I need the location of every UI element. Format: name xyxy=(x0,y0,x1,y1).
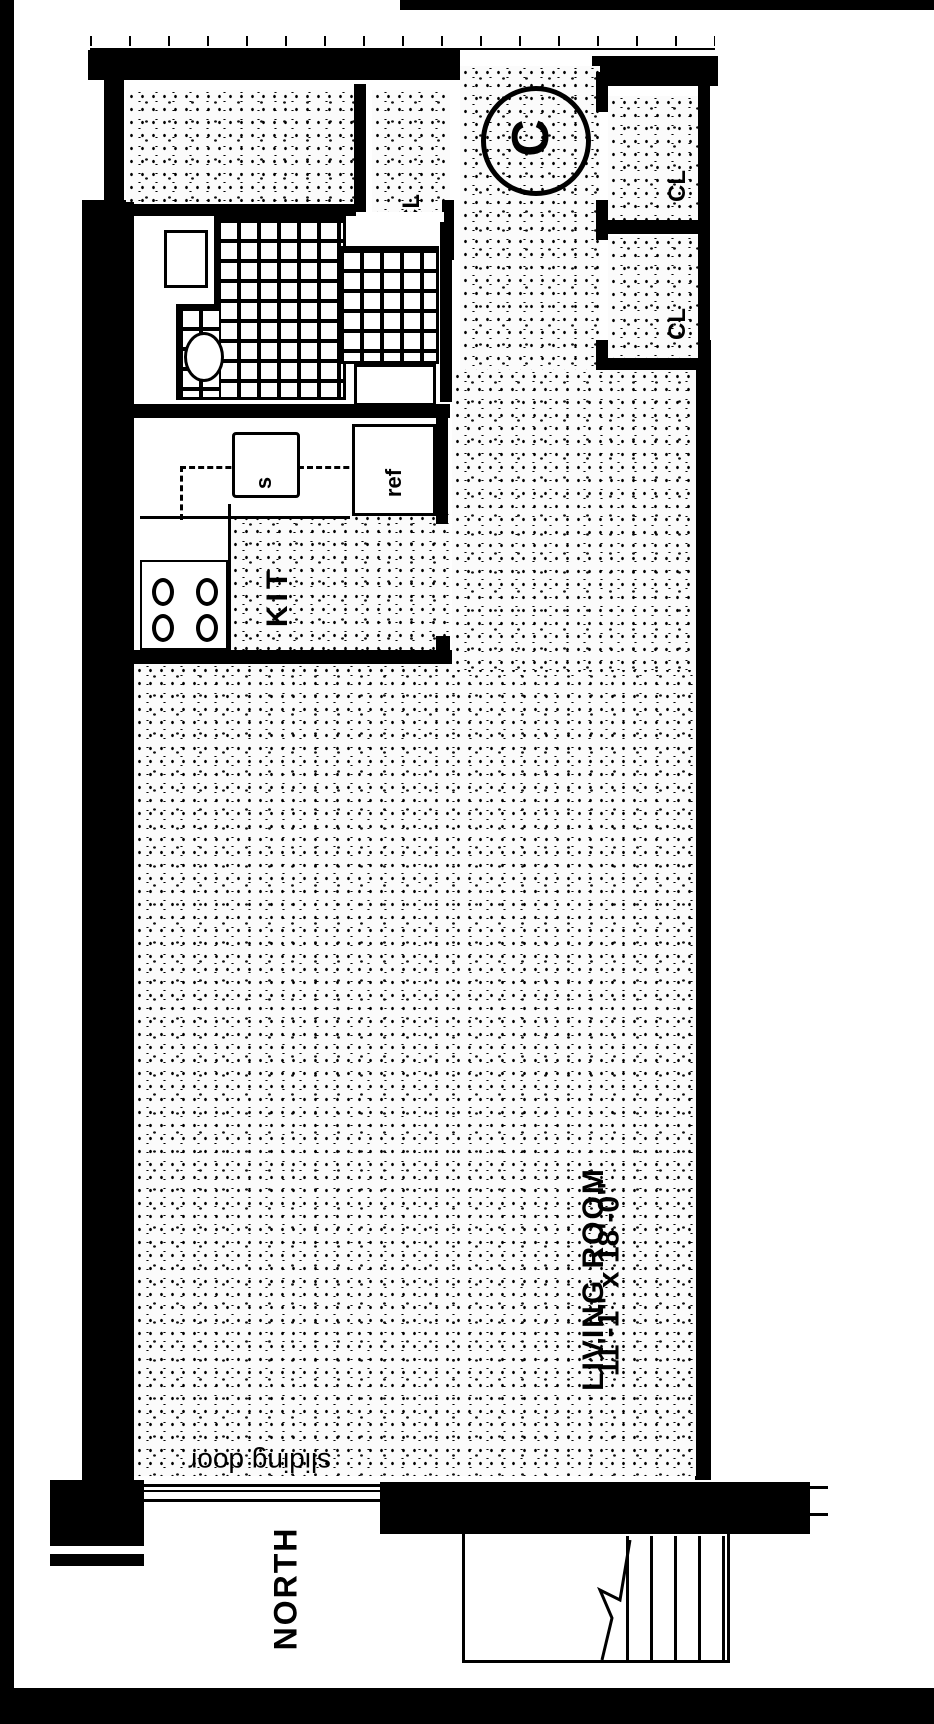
living-room-dimensions: 11'-1" x 18'-0" xyxy=(592,1182,626,1377)
railing xyxy=(90,36,715,50)
kitchen-bottom-wall-stub xyxy=(436,636,450,666)
closet-2-wall xyxy=(596,72,608,112)
burner-icon xyxy=(152,578,174,606)
closet-2-jamb xyxy=(596,200,608,240)
closet-3-jamb xyxy=(596,340,608,372)
sliding-door-label: sliding door xyxy=(188,1446,331,1478)
burner-icon xyxy=(196,614,218,642)
left-wall xyxy=(82,200,134,1485)
right-wall xyxy=(695,340,711,1480)
bathroom-right-wall xyxy=(440,222,452,402)
bath-floor-tile xyxy=(214,216,346,400)
closet-2 xyxy=(608,96,698,222)
refrigerator-label: ref xyxy=(381,469,407,497)
sliding-door-track xyxy=(140,1490,380,1492)
right-wall-top xyxy=(698,86,710,346)
sink-label: s xyxy=(251,477,277,489)
unit-marker-label: C xyxy=(501,119,561,157)
bath-cabinet xyxy=(354,364,436,406)
left-border xyxy=(0,0,14,1724)
closet-3-label: CL xyxy=(664,308,692,340)
ref-wall xyxy=(436,416,448,524)
vanity-icon xyxy=(164,230,208,288)
bottom-wall-tail xyxy=(808,1486,828,1516)
closet-divider xyxy=(598,220,706,234)
top-border xyxy=(400,0,934,10)
stair-break-icon xyxy=(590,1540,640,1660)
bottom-wall-right xyxy=(380,1482,810,1534)
kitchen-top-wall xyxy=(84,404,450,418)
north-label: NORTH xyxy=(267,1527,304,1651)
top-wall-left xyxy=(88,50,460,80)
kitchen-bottom-wall xyxy=(82,650,452,664)
stair-treads xyxy=(626,1536,726,1660)
living-room-upper xyxy=(452,370,696,670)
counter-dashed-line-v xyxy=(180,466,183,520)
bottom-border xyxy=(0,1688,934,1724)
toilet-icon xyxy=(184,332,224,382)
bottom-left-sill xyxy=(50,1554,144,1566)
left-wall-top xyxy=(104,80,124,200)
bath-floor-tile-extension xyxy=(340,246,439,364)
sliding-door[interactable] xyxy=(140,1484,380,1502)
counter-edge xyxy=(228,504,231,654)
burner-icon xyxy=(152,614,174,642)
top-wall-right xyxy=(592,56,718,86)
closet-3 xyxy=(608,236,698,360)
entry-room xyxy=(126,90,354,202)
closet-2-label: CL xyxy=(664,170,692,202)
kitchen-label: KIT xyxy=(261,567,295,627)
bathroom-top-wall xyxy=(126,204,356,216)
bottom-left-pier xyxy=(50,1480,144,1546)
burner-icon xyxy=(196,578,218,606)
